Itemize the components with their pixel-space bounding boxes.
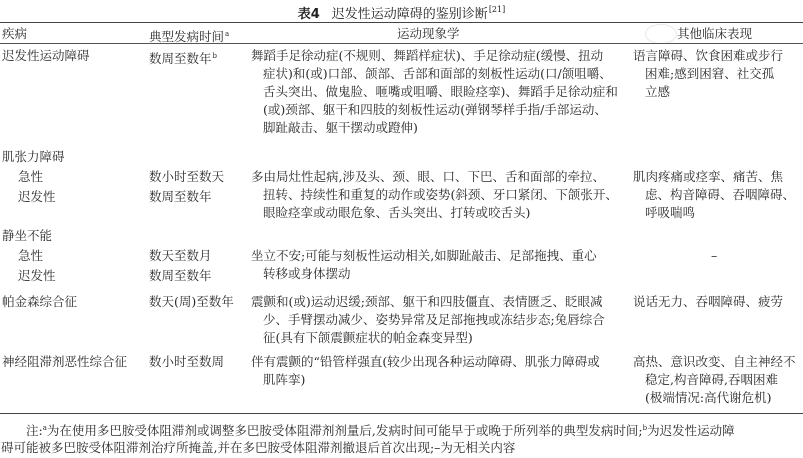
motor-line: 舌头突出、做鬼脸、咂嘴或咀嚼、眼睑痉挛)、舞蹈手足徐动症和 — [251, 83, 618, 101]
motor-line: 脚趾敲击、躯干摆动或蹬伸) — [251, 119, 618, 137]
table-bottom-rule — [0, 413, 803, 414]
table-header-rule — [0, 43, 803, 44]
header-onset-label: 典型发病时间 — [149, 29, 224, 44]
row-other: 语言障碍、饮食困难或步行 困难;感到困窘、社交孤 立感 — [633, 47, 783, 101]
table-title: 迟发性运动障碍的鉴别诊断 — [332, 7, 488, 22]
other-line: 虑、构音障碍、吞咽障碍、 — [633, 186, 795, 204]
row-onset: 数周至数年 — [149, 188, 212, 206]
motor-line: 转移或身体摆动 — [251, 265, 597, 283]
motor-line: 震颤和(或)运动迟缓;颈部、躯干和四肢僵直、表情匮乏、眨眼减 — [251, 293, 605, 311]
table-note-line-2: 碍可能被多巴胺受体阻滞剂治疗所掩盖,并在多巴胺受体阻滞剂撤退后首次出现;–为无相… — [0, 438, 803, 457]
header-motor: 运动现象学 — [397, 25, 460, 43]
motor-line: 伴有震颤的“铅管样强直(较少出现各种运动障碍、肌张力障碍或 — [251, 353, 600, 371]
other-line: 语言障碍、饮食困难或步行 — [633, 47, 783, 65]
row-onset: 数小时至数周 — [149, 353, 224, 371]
row-other-empty: – — [711, 247, 717, 265]
row-disease: 静坐不能 — [2, 227, 52, 245]
motor-line: 舞蹈手足徐动症(不规则、舞蹈样症状)、手足徐动症(缓慢、扭动 — [251, 47, 618, 65]
row-motor: 伴有震颤的“铅管样强直(较少出现各种运动障碍、肌张力障碍或 肌阵挛) — [251, 353, 600, 389]
row-motor: 坐立不安;可能与刻板性运动相关,如脚趾敲击、足部拖拽、重心 转移或身体摆动 — [251, 247, 597, 283]
other-line: 高热、意识改变、自主神经不 — [633, 353, 796, 371]
row-onset: 数天(周)至数年 — [149, 293, 234, 311]
row-onset-value: 数周至数年 — [149, 51, 212, 66]
motor-line: 症状)和(或)口部、颌部、舌部和面部的刻板性运动(口/颌咀嚼、 — [251, 65, 618, 83]
header-other: 其他临床表现 — [677, 25, 752, 43]
footnote-mark-b: b — [213, 52, 217, 60]
row-motor: 震颤和(或)运动迟缓;颈部、躯干和四肢僵直、表情匮乏、眨眼减 少、手臂摆动减少、… — [251, 293, 605, 347]
watermark-stamp-icon — [645, 24, 677, 44]
row-onset: 数周至数年b — [149, 47, 217, 68]
other-line: 肌肉疼痛或痉挛、痛苦、焦 — [633, 168, 795, 186]
row-disease: 肌张力障碍 — [2, 148, 65, 166]
row-disease: 帕金森综合征 — [2, 293, 77, 311]
other-line: 立感 — [633, 83, 783, 101]
row-motor: 舞蹈手足徐动症(不规则、舞蹈样症状)、手足徐动症(缓慢、扭动 症状)和(或)口部… — [251, 47, 618, 137]
row-onset: 数周至数年 — [149, 267, 212, 285]
row-other: 说话无力、吞咽障碍、疲劳 — [633, 293, 783, 311]
row-motor: 多由局灶性起病,涉及头、颈、眼、口、下巴、舌和面部的牵拉、 扭转、持续性和重复的… — [251, 168, 618, 222]
footnote-mark-a: a — [225, 30, 229, 38]
row-onset: 数小时至数天 — [149, 168, 224, 186]
table-top-rule — [0, 22, 803, 23]
motor-line: 多由局灶性起病,涉及头、颈、眼、口、下巴、舌和面部的牵拉、 — [251, 168, 618, 186]
note-prefix: 注: — [26, 423, 43, 438]
table-number: 表4 — [298, 7, 320, 22]
row-other: 高热、意识改变、自主神经不 稳定,构音障碍,吞咽困难 (极端情况:高代谢危机) — [633, 353, 796, 407]
other-line: 呼吸喘鸣 — [633, 204, 795, 222]
row-subtype: 急性 — [18, 247, 43, 265]
row-disease: 迟发性运动障碍 — [2, 47, 90, 65]
motor-line: 肌阵挛) — [251, 371, 600, 389]
row-subtype: 迟发性 — [18, 188, 56, 206]
row-subtype: 迟发性 — [18, 267, 56, 285]
table-caption: 表4迟发性运动障碍的鉴别诊断[21] — [0, 0, 803, 20]
table-note-line-1: 注:a为在使用多巴胺受体阻滞剂或调整多巴胺受体阻滞剂剂量后,发病时间可能早于或晚… — [0, 419, 803, 440]
motor-line: 坐立不安;可能与刻板性运动相关,如脚趾敲击、足部拖拽、重心 — [251, 247, 597, 265]
row-disease: 神经阻滞剂恶性综合征 — [2, 353, 127, 371]
row-other: 肌肉疼痛或痉挛、痛苦、焦 虑、构音障碍、吞咽障碍、 呼吸喘鸣 — [633, 168, 795, 222]
other-line: (极端情况:高代谢危机) — [633, 389, 796, 407]
note-text-a: 为在使用多巴胺受体阻滞剂或调整多巴胺受体阻滞剂剂量后,发病时间可能早于或晚于所列… — [47, 423, 643, 438]
row-onset: 数天至数月 — [149, 247, 212, 265]
header-disease: 疾病 — [2, 25, 27, 43]
motor-line: 征(具有下颌震颤症状的帕金森变异型) — [251, 329, 605, 347]
motor-line: 少、手臂摆动减少、姿势异常及足部拖拽或冻结步态;兔唇综合 — [251, 311, 605, 329]
motor-line: (或)颈部、躯干和四肢的刻板性运动(弹钢琴样手指/手部运动、 — [251, 101, 618, 119]
motor-line: 扭转、持续性和重复的动作或姿势(斜颈、牙口紧闭、下颌张开、 — [251, 186, 618, 204]
row-subtype: 急性 — [18, 168, 43, 186]
other-line: 困难;感到困窘、社交孤 — [633, 65, 783, 83]
motor-line: 眼睑痉挛或动眼危象、舌头突出、打转或咬舌头) — [251, 204, 618, 222]
note-text-b: 为迟发性运动障 — [647, 423, 735, 438]
reference-mark: [21] — [489, 5, 505, 14]
other-line: 稳定,构音障碍,吞咽困难 — [633, 371, 796, 389]
